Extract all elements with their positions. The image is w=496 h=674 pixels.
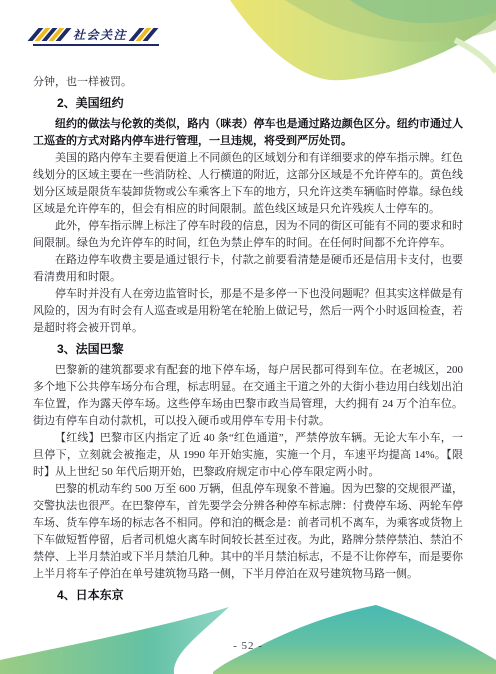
body-paragraph: 【红线】巴黎市区内指定了近 40 条“红色通道”，严禁停放车辆。无论大车小车，一… [33, 430, 463, 481]
body-paragraph: 在路边停车收费主要是通过银行卡，付款之前要看清楚是硬币还是信用卡支付，也要看清费… [33, 252, 463, 286]
body-paragraph: 美国的路内停车主要看便道上不同颜色的区域划分和有详细要求的停车指示牌。红色线划分… [33, 150, 463, 218]
body-paragraph: 巴黎新的建筑都要求有配套的地下停车场，每户居民都可得到车位。在老城区，200 多… [33, 362, 463, 430]
document-page: 社会关注 分钟，也一样被罚。 2、美国纽约纽约的做法与伦敦的类似，路内（咪表）停… [0, 0, 496, 674]
logo-stripes-left-icon [33, 28, 66, 41]
lead-paragraph: 纽约的做法与伦敦的类似，路内（咪表）停车也是通过路边颜色区分。纽约市通过人工巡查… [33, 116, 463, 150]
paragraph-continuation: 分钟，也一样被罚。 [33, 74, 463, 91]
swoosh-decoration-bottom-left [0, 598, 232, 674]
body-paragraph: 巴黎的机动车约 500 万至 600 万辆，但乱停车现象不普遍。因为巴黎的交规很… [33, 481, 463, 583]
body-paragraph: 停车时并没有人在旁边监管时长，那是不是多停一下也没问题呢？但其实这样做是有风险的… [33, 286, 463, 337]
page-number: - 52 - [0, 640, 496, 652]
dome-decoration-bottom-right [213, 602, 496, 674]
logo-stripes-right-icon [134, 28, 153, 41]
logo-text: 社会关注 [73, 26, 127, 43]
section-heading: 2、美国纽约 [33, 95, 463, 112]
section-heading: 4、日本东京 [33, 587, 463, 604]
section-heading: 3、法国巴黎 [33, 341, 463, 358]
logo: 社会关注 [33, 27, 496, 41]
page-header: 社会关注 [0, 0, 496, 46]
body-paragraph: 此外，停车指示牌上标注了停车时段的信息，因为不同的街区可能有不同的要求和时间限制… [33, 218, 463, 252]
document-body: 分钟，也一样被罚。 2、美国纽约纽约的做法与伦敦的类似，路内（咪表）停车也是通过… [0, 46, 496, 604]
